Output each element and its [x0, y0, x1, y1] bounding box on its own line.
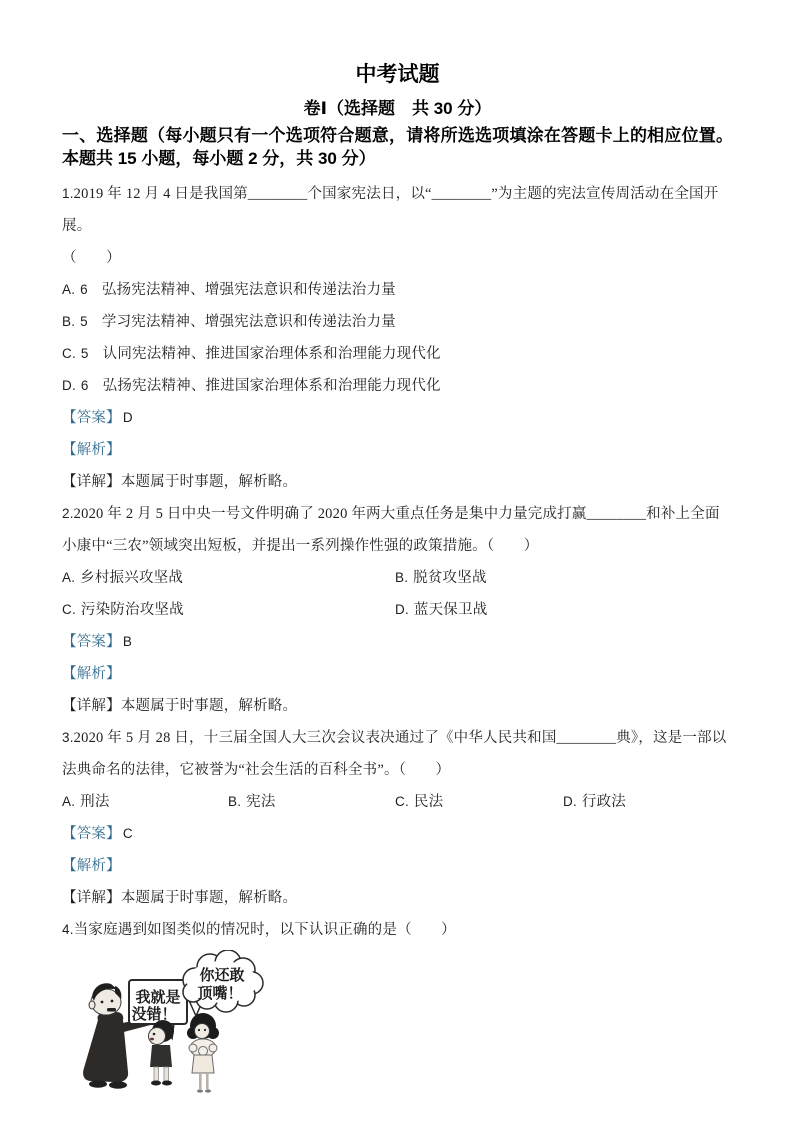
question-3-analysis-label: 【解析】	[62, 850, 733, 882]
option-text: 宪法	[246, 794, 275, 810]
question-3: 3.2020 年 5 月 28 日，十三届全国人大三次会议表决通过了《中华人民共…	[62, 722, 733, 914]
question-3-option-c: C.民法	[395, 786, 563, 818]
option-number: 6	[80, 282, 88, 297]
question-1-analysis-label: 【解析】	[62, 434, 733, 466]
option-number: 5	[81, 346, 89, 361]
detail-label: 【详解】	[62, 890, 121, 906]
detail-text: 本题属于时事题，解析略。	[121, 890, 297, 906]
question-body: 2019 年 12 月 4 日是我国第________个国家宪法日，以“____…	[62, 186, 718, 234]
option-text: 认同宪法精神、推进国家治理体系和治理能力现代化	[103, 346, 441, 362]
option-text: 弘扬宪法精神、推进国家治理体系和治理能力现代化	[103, 378, 441, 394]
option-label: A.	[62, 794, 75, 809]
option-text: 学习宪法精神、增强宪法意识和传递法治力量	[102, 314, 396, 330]
question-number: 4.	[62, 922, 74, 937]
question-2-option-c: C.污染防治攻坚战	[62, 594, 395, 626]
option-label: B.	[228, 794, 241, 809]
question-body: 当家庭遇到如图类似的情况时，以下认识正确的是（ ）	[74, 922, 456, 938]
option-label: B.	[62, 314, 75, 329]
question-1-option-c: C.5认同宪法精神、推进国家治理体系和治理能力现代化	[62, 338, 733, 370]
detail-label: 【详解】	[62, 698, 121, 714]
option-number: 5	[80, 314, 88, 329]
option-label: C.	[62, 602, 76, 617]
question-1-option-b: B.5学习宪法精神、增强宪法意识和传递法治力量	[62, 306, 733, 338]
option-text: 民法	[414, 794, 443, 810]
section-instructions: 一、选择题（每小题只有一个选项符合题意，请将所选选项填涂在答题卡上的相应位置。本…	[62, 124, 733, 170]
answer-value: B	[123, 634, 132, 649]
option-number: 6	[81, 378, 89, 393]
mother-speech-bubble: 你还敢 顶嘴！	[183, 950, 263, 1016]
option-text: 乡村振兴攻坚战	[80, 570, 183, 586]
option-text: 刑法	[80, 794, 109, 810]
question-number: 2.	[62, 506, 74, 521]
child-figure	[149, 1020, 175, 1086]
detail-text: 本题属于时事题，解析略。	[121, 474, 297, 490]
question-1-detail-line: 【详解】本题属于时事题，解析略。	[62, 466, 733, 498]
question-2: 2.2020 年 2 月 5 日中央一号文件明确了 2020 年两大重点任务是集…	[62, 498, 733, 722]
option-label: A.	[62, 570, 75, 585]
question-3-answer-line: 【答案】C	[62, 818, 733, 850]
section-title: 卷Ⅰ（选择题 共 30 分）	[62, 97, 733, 121]
answer-label: 【答案】	[62, 826, 121, 842]
option-text: 脱贫攻坚战	[413, 570, 487, 586]
question-2-options-row-2: C.污染防治攻坚战 D.蓝天保卫战	[62, 594, 733, 626]
question-2-analysis-label: 【解析】	[62, 658, 733, 690]
question-3-option-a: A.刑法	[62, 786, 228, 818]
answer-label: 【答案】	[62, 634, 121, 650]
question-number: 1.	[62, 186, 74, 201]
question-3-options-row: A.刑法 B.宪法 C.民法 D.行政法	[62, 786, 733, 818]
question-1-answer-line: 【答案】D	[62, 402, 733, 434]
answer-label: 【答案】	[62, 410, 121, 426]
question-4: 4.当家庭遇到如图类似的情况时，以下认识正确的是（ ）	[62, 914, 733, 1105]
option-label: D.	[395, 602, 409, 617]
option-text: 行政法	[582, 794, 626, 810]
question-body: 2020 年 2 月 5 日中央一号文件明确了 2020 年两大重点任务是集中力…	[62, 506, 720, 554]
question-1-bracket: （ ）	[62, 242, 733, 274]
detail-text: 本题属于时事题，解析略。	[121, 698, 297, 714]
question-1-option-a: A.6弘扬宪法精神、增强宪法意识和传递法治力量	[62, 274, 733, 306]
option-text: 弘扬宪法精神、增强宪法意识和传递法治力量	[102, 282, 396, 298]
child-bubble-text-line-1: 我就是	[135, 988, 180, 1006]
question-1-text: 1.2019 年 12 月 4 日是我国第________个国家宪法日，以“__…	[62, 178, 733, 242]
option-label: D.	[62, 378, 76, 393]
option-label: A.	[62, 282, 75, 297]
question-4-text: 4.当家庭遇到如图类似的情况时，以下认识正确的是（ ）	[62, 914, 733, 946]
answer-value: C	[123, 826, 133, 841]
question-2-options-row-1: A.乡村振兴攻坚战 B.脱贫攻坚战	[62, 562, 733, 594]
question-body: 2020 年 5 月 28 日，十三届全国人大三次会议表决通过了《中华人民共和国…	[62, 730, 727, 778]
question-2-option-a: A.乡村振兴攻坚战	[62, 562, 395, 594]
option-label: C.	[395, 794, 409, 809]
question-3-detail-line: 【详解】本题属于时事题，解析略。	[62, 882, 733, 914]
doc-title: 中考试题	[62, 62, 733, 88]
question-1-option-d: D.6弘扬宪法精神、推进国家治理体系和治理能力现代化	[62, 370, 733, 402]
question-2-text: 2.2020 年 2 月 5 日中央一号文件明确了 2020 年两大重点任务是集…	[62, 498, 733, 562]
option-text: 蓝天保卫战	[414, 602, 488, 618]
option-label: B.	[395, 570, 408, 585]
question-2-option-d: D.蓝天保卫战	[395, 594, 733, 626]
question-3-text: 3.2020 年 5 月 28 日，十三届全国人大三次会议表决通过了《中华人民共…	[62, 722, 733, 786]
question-2-detail-line: 【详解】本题属于时事题，解析略。	[62, 690, 733, 722]
question-number: 3.	[62, 730, 74, 745]
detail-label: 【详解】	[62, 474, 121, 490]
option-label: D.	[563, 794, 577, 809]
mother-figure	[187, 1013, 219, 1093]
child-bubble-text-line-2: 没错！	[131, 1005, 176, 1023]
cartoon-figure: 我就是 没错！	[74, 950, 344, 1105]
question-1: 1.2019 年 12 月 4 日是我国第________个国家宪法日，以“__…	[62, 178, 733, 498]
question-3-option-b: B.宪法	[228, 786, 395, 818]
answer-value: D	[123, 410, 133, 425]
option-text: 污染防治攻坚战	[81, 602, 184, 618]
mother-bubble-text-line-2: 顶嘴！	[197, 985, 242, 1002]
question-2-option-b: B.脱贫攻坚战	[395, 562, 733, 594]
question-2-answer-line: 【答案】B	[62, 626, 733, 658]
mother-bubble-text-line-1: 你还敢	[199, 966, 244, 984]
option-label: C.	[62, 346, 76, 361]
exam-document-page: 中考试题 卷Ⅰ（选择题 共 30 分） 一、选择题（每小题只有一个选项符合题意，…	[0, 0, 793, 1122]
question-3-option-d: D.行政法	[563, 786, 733, 818]
